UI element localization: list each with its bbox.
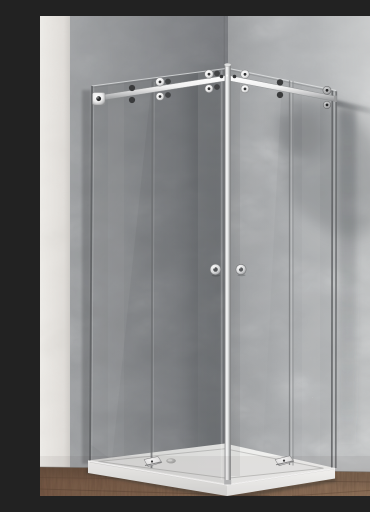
roller-dark-wheel <box>165 92 171 98</box>
roller-dark-wheel <box>214 84 220 90</box>
roller-dark-wheel <box>214 71 220 77</box>
roller-dark-wheel <box>129 97 135 103</box>
product-photo-shower-enclosure <box>40 16 370 496</box>
post-bolt <box>220 75 224 79</box>
glass-right-outer-edge-highlight <box>334 91 335 468</box>
glass-edge-shadow-right-wall <box>339 108 356 444</box>
wall-end-strip-veins <box>40 16 70 476</box>
roller-dark-wheel <box>277 79 283 85</box>
vignette <box>40 456 370 496</box>
post-bolt <box>233 75 237 79</box>
glass-corner-reflection-line <box>221 70 223 480</box>
glass-right-outer-edge-2 <box>336 91 337 468</box>
glass-reflection-streak <box>302 84 320 466</box>
bracket-screw <box>96 96 101 101</box>
corner-post-cap <box>224 63 231 66</box>
left-door-edge <box>152 82 153 469</box>
roller-dark-wheel <box>129 85 135 91</box>
glass-reflection-streak <box>198 66 224 486</box>
glass-right-outer-edge <box>332 91 333 468</box>
rail-end-cap-right <box>334 96 337 102</box>
roller-dark-wheel <box>277 92 283 98</box>
wall-mount-bracket <box>93 93 106 106</box>
roller-dark-wheel <box>165 79 171 85</box>
